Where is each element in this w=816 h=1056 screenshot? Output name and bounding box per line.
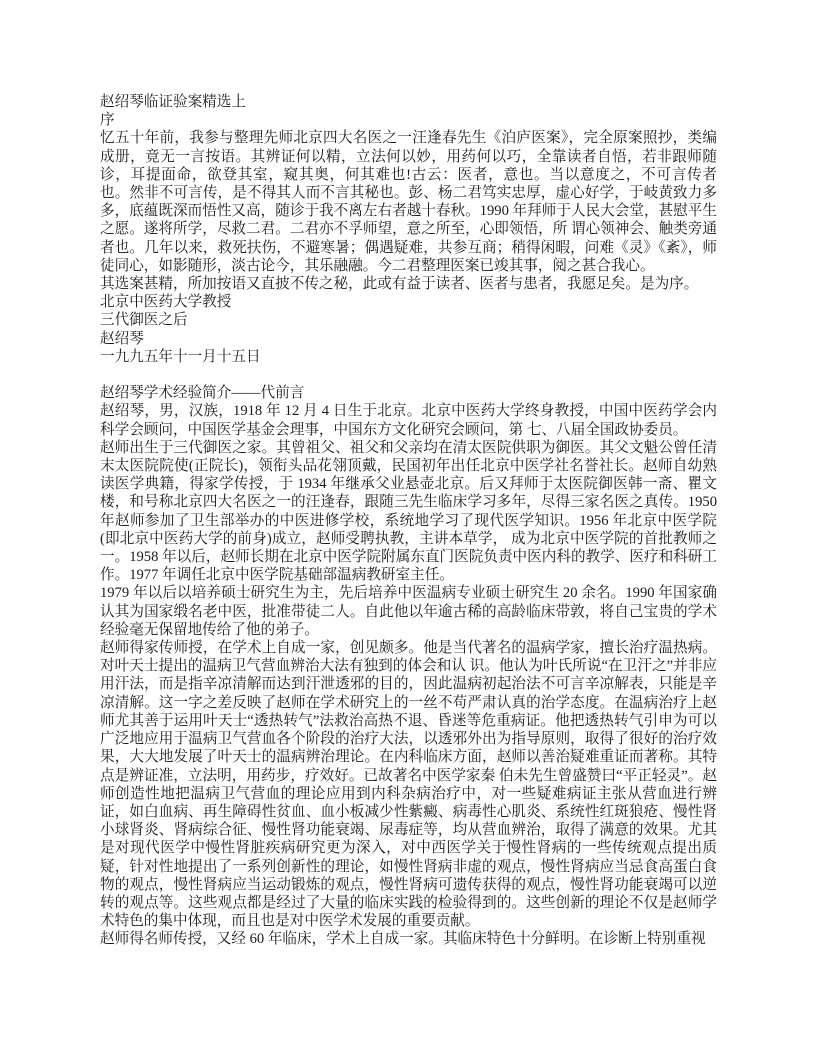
introduction-paragraph-bio: 赵绍琴，男，汉族，1918 年 12 月 4 日生于北京。北京中医药大学终身教授…: [100, 402, 717, 438]
document-page: 赵绍琴临证验案精选上 序 忆五十年前，我参与整理先师北京四大名医之一汪逢春先生《…: [0, 0, 816, 1056]
preface-heading: 序: [100, 111, 717, 129]
signature-name: 赵绍琴: [100, 330, 717, 348]
book-title: 赵绍琴临证验案精选上: [100, 93, 717, 111]
introduction-paragraph-family-career: 赵师出生于三代御医之家。其曾祖父、祖父和父亲均在清太医院供职为御医。其父文魁公曾…: [100, 439, 717, 585]
introduction-paragraph-clinical: 赵师得名师传授，又经 60 年临床，学术上自成一家。其临床特色十分鲜明。在诊断上…: [100, 930, 717, 948]
preface-body: 忆五十年前，我参与整理先师北京四大名医之一汪逢春先生《泊庐医案》，完全原案照抄，…: [100, 129, 717, 275]
blank-line-separator: [100, 366, 717, 384]
preface-closing: 其选案甚精，所加按语又直披不传之秘，此或有益于读者、医者与患者，我愿足矣。是为序…: [100, 275, 717, 293]
signature-affiliation: 北京中医药大学教授: [100, 293, 717, 311]
introduction-heading: 赵绍琴学术经验简介——代前言: [100, 384, 717, 402]
signature-date: 一九九五年十一月十五日: [100, 348, 717, 366]
signature-title: 三代御医之后: [100, 311, 717, 329]
introduction-paragraph-students: 1979 年以后以培养硕士研究生为主，先后培养中医温病专业硕士研究生 20 余名…: [100, 584, 717, 639]
introduction-paragraph-academic: 赵师得家传师授，在学术上自成一家，创见颇多。他是当代著名的温病学家，擅长治疗温热…: [100, 639, 717, 930]
